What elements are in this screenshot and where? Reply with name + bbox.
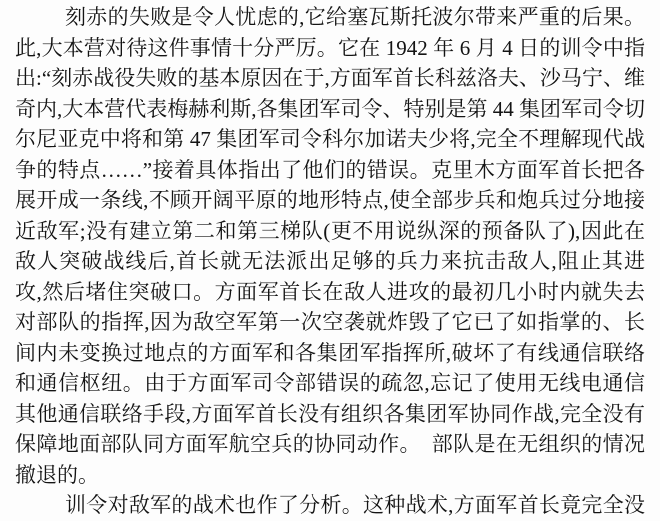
text-line: 刻赤的失败是令人忧虑的,它给塞瓦斯托波尔带来严重的后果。因: [15, 2, 645, 33]
text-line: 保障地面部队同方面军航空兵的协同动作。 部队是在无组织的情况下: [15, 429, 645, 460]
text-line: 此,大本营对待这件事情十分严厉。它在 1942 年 6 月 4 日的训令中指: [15, 33, 645, 64]
document-body: 刻赤的失败是令人忧虑的,它给塞瓦斯托波尔带来严重的后果。因此,大本营对待这件事情…: [15, 2, 645, 521]
text-line: 近敌军;没有建立第二和第三梯队(更不用说纵深的预备队了),因此在: [15, 216, 645, 247]
paragraph: 训令对敌军的战术也作了分析。这种战术,方面军首长竟完全没有: [15, 490, 645, 521]
text-line: 攻,然后堵住突破口。方面军首长在敌人进攻的最初几小时内就失去了: [15, 277, 645, 308]
text-line: 撤退的。: [15, 460, 645, 491]
text-line: 尔尼亚克中将和第 47 集团军司令科尔加诺夫少将,完全不理解现代战: [15, 124, 645, 155]
text-line: 对部队的指挥,因为敌空军第一次空袭就炸毁了它已了如指掌的、长时: [15, 307, 645, 338]
text-line: 间内未变换过地点的方面军和各集团军指挥所,破坏了有线通信联络: [15, 338, 645, 369]
text-line: 争的特点……”接着具体指出了他们的错误。克里木方面军首长把各师: [15, 155, 645, 186]
text-line: 其他通信联络手段,方面军首长没有组织各集团军协同作战,完全没有: [15, 399, 645, 430]
text-line: 展开成一条线,不顾开阔平原的地形特点,使全部步兵和炮兵过分地接: [15, 185, 645, 216]
text-line: 奇内,大本营代表梅赫利斯,各集团军司令、特别是第 44 集团军司令切: [15, 94, 645, 125]
text-line: 和通信枢纽。由于方面军司令部错误的疏忽,忘记了使用无线电通信和: [15, 368, 645, 399]
scanned-book-page: 刻赤的失败是令人忧虑的,它给塞瓦斯托波尔带来严重的后果。因此,大本营对待这件事情…: [0, 0, 660, 521]
text-line: 训令对敌军的战术也作了分析。这种战术,方面军首长竟完全没有: [15, 490, 645, 521]
text-line: 出:“刻赤战役失败的基本原因在于,方面军首长科兹洛夫、沙马宁、维: [15, 63, 645, 94]
paragraph: 刻赤的失败是令人忧虑的,它给塞瓦斯托波尔带来严重的后果。因此,大本营对待这件事情…: [15, 2, 645, 490]
text-line: 敌人突破战线后,首长就无法派出足够的兵力来抗击敌人,阻止其进: [15, 246, 645, 277]
